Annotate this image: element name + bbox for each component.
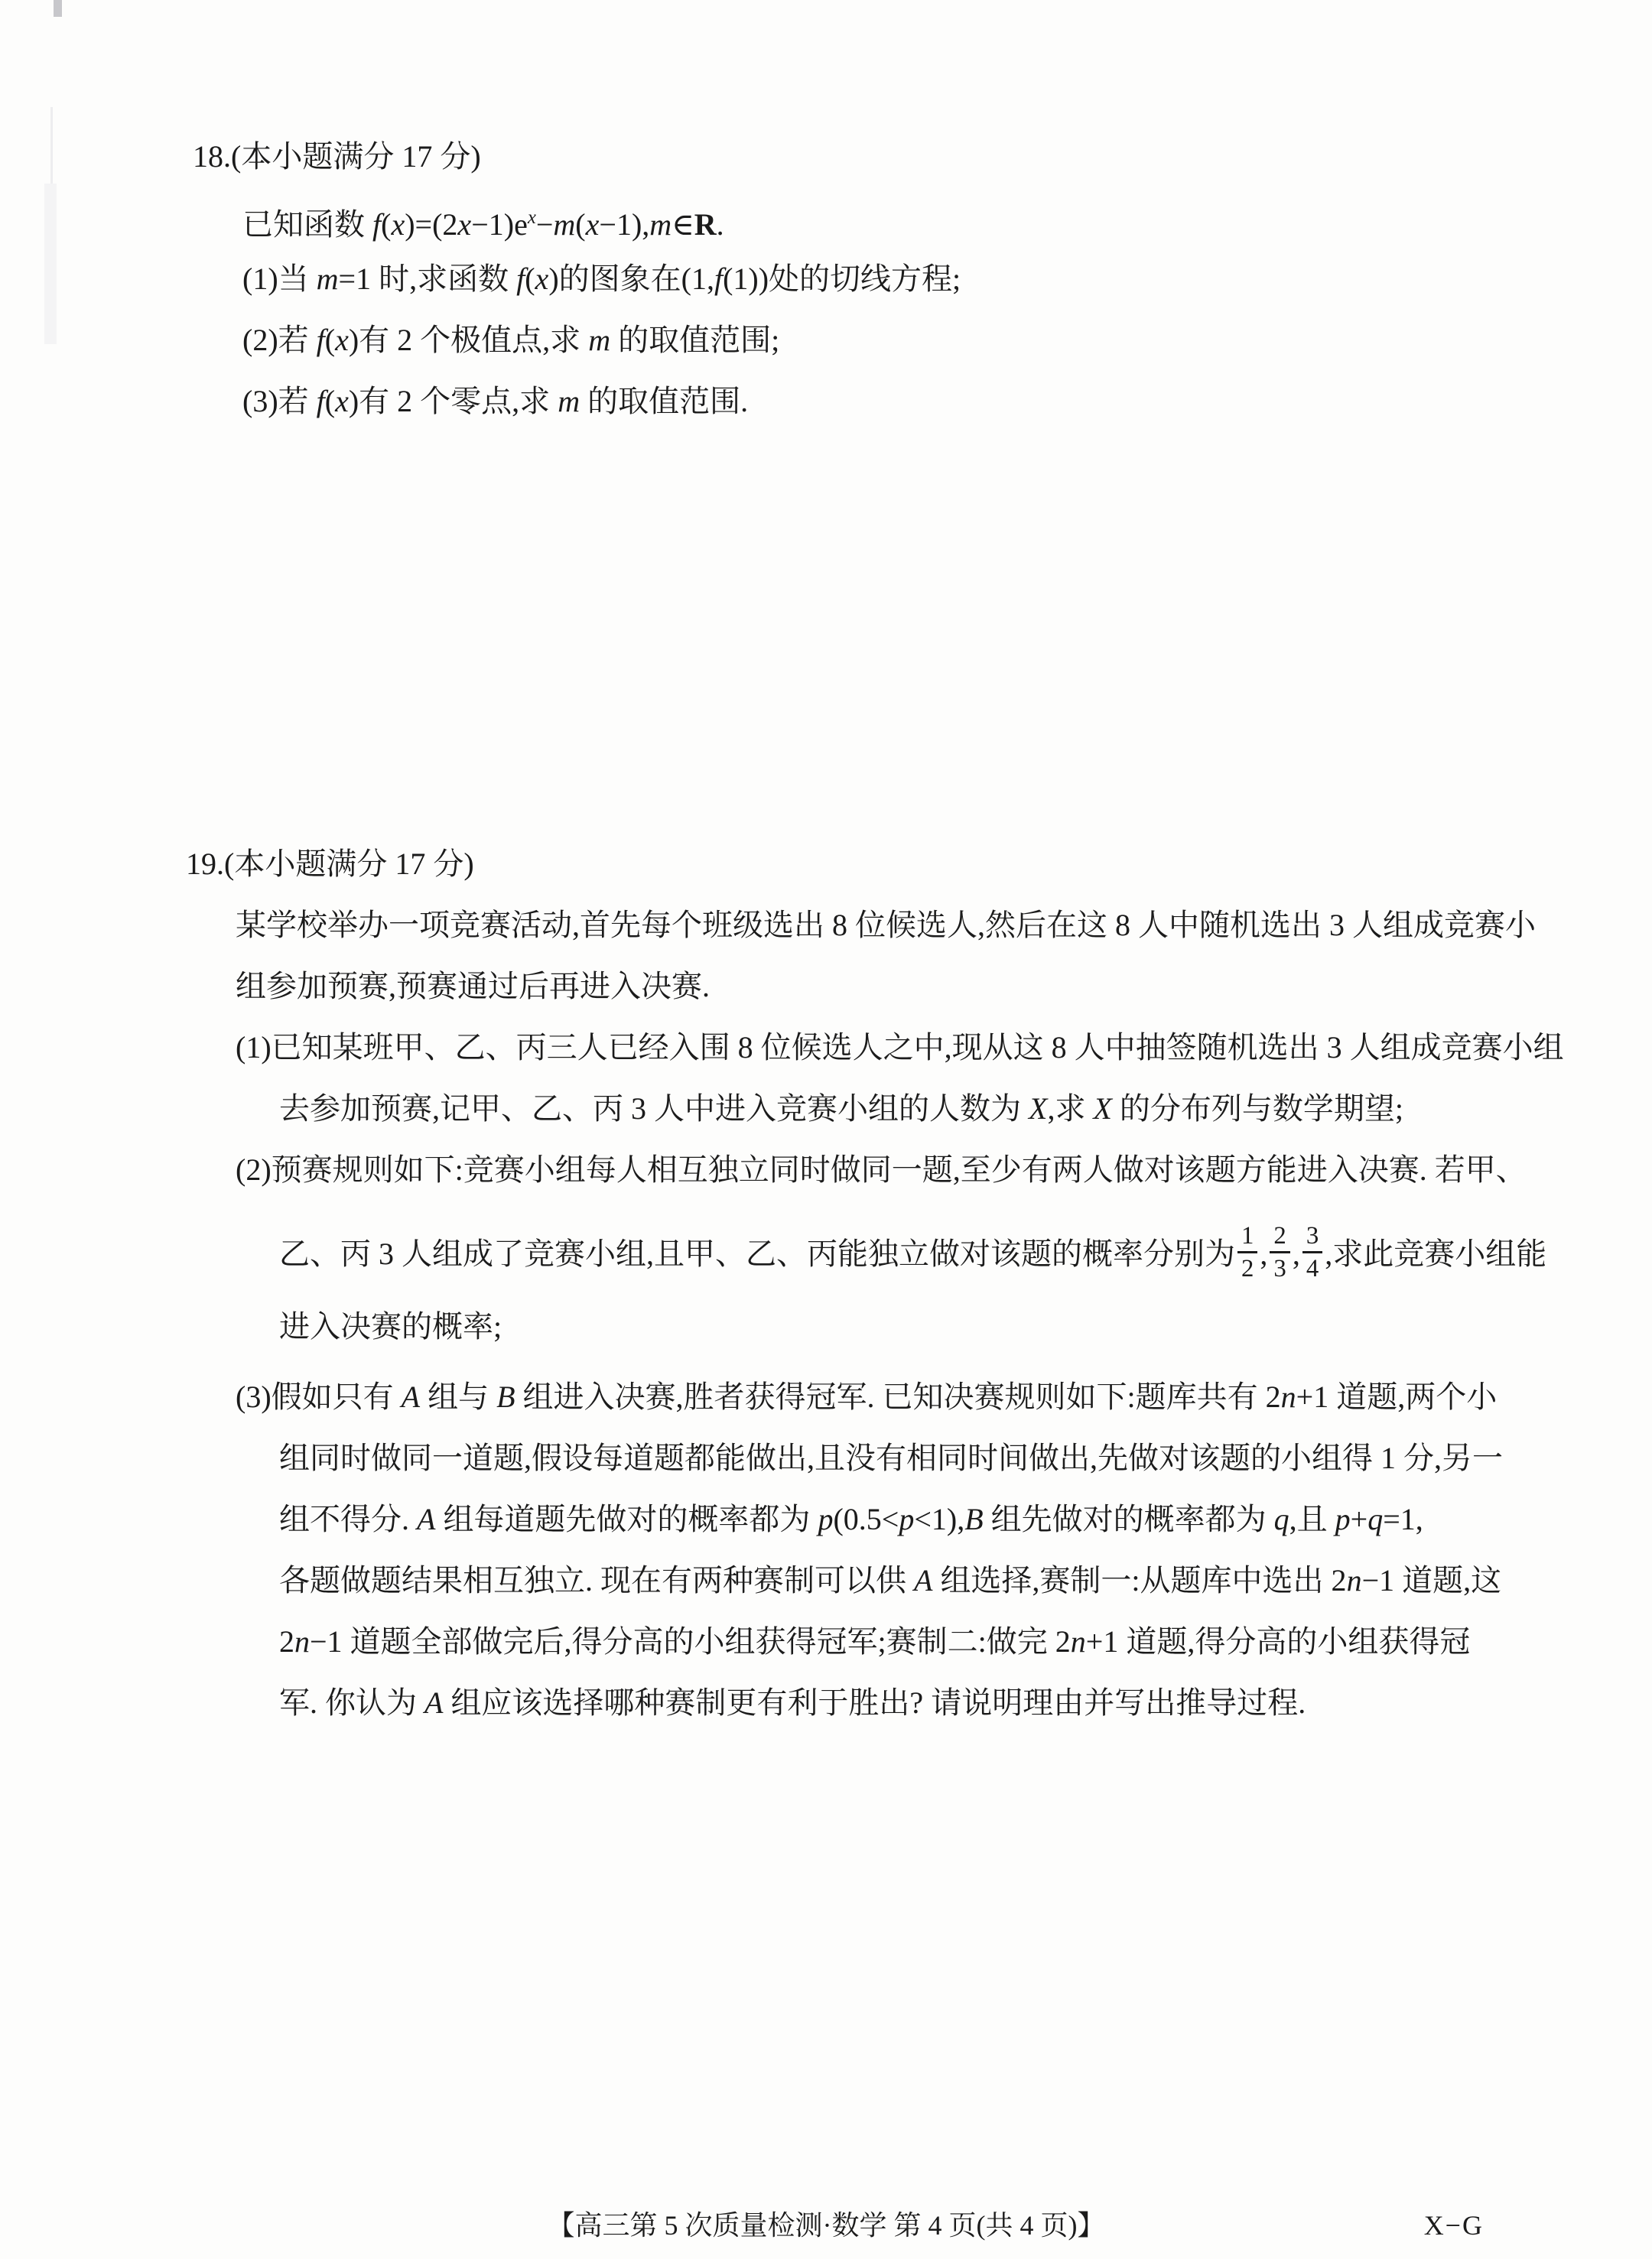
text-run: 组进入决赛,胜者获得冠军. 已知决赛规则如下:题库共有 2 (515, 1380, 1281, 1414)
text-run: X (1029, 1091, 1047, 1126)
text-run: x (528, 207, 536, 228)
text-run: ∈ (672, 207, 694, 242)
text-run: )有 2 个零点,求 (349, 384, 558, 418)
text-run: 组每道题先做对的概率都为 (435, 1502, 818, 1536)
text-run: ,求此竞赛小组能 (1325, 1237, 1546, 1271)
text-run: ( (381, 207, 391, 242)
question-line: (2)预赛规则如下:竞赛小组每人相互独立同时做同一题,至少有两人做对该题方能进入… (236, 1139, 1564, 1201)
question-line: 组不得分. A 组每道题先做对的概率都为 p(0.5<p<1),B 组先做对的概… (279, 1489, 1564, 1550)
text-run: A (402, 1380, 420, 1414)
text-run: 组同时做同一道题,假设每道题都能做出,且没有相同时间做出,先做对该题的小组得 1… (279, 1441, 1503, 1475)
text-run: <1), (914, 1502, 964, 1536)
text-run: 的分布列与数学期望; (1112, 1091, 1403, 1126)
footer-page-info: 【高三第 5 次质量检测·数学 第 4 页(共 4 页)】 (548, 2210, 1105, 2241)
question-line: 去参加预赛,记甲、乙、丙 3 人中进入竞赛小组的人数为 X,求 X 的分布列与数… (279, 1078, 1564, 1139)
text-run: 进入决赛的概率; (279, 1309, 502, 1344)
exam-page: 18.(本小题满分 17 分)已知函数 f(x)=(2x−1)ex−m(x−1)… (0, 0, 1652, 2259)
text-run: 2 (279, 1624, 294, 1659)
text-run: f (372, 207, 381, 242)
question-line: 组参加预赛,预赛通过后再进入决赛. (236, 956, 1564, 1017)
question-line: 19.(本小题满分 17 分) (186, 834, 1564, 895)
text-run: n (294, 1624, 310, 1659)
text-run: ( (525, 262, 535, 296)
text-run: x (335, 323, 349, 357)
text-run: 18.(本小题满分 17 分) (193, 139, 481, 174)
scan-artifact-top (54, 0, 62, 17)
text-run: x (335, 384, 349, 418)
question-line: 军. 你认为 A 组应该选择哪种赛制更有利于胜出? 请说明理由并写出推导过程. (279, 1672, 1564, 1734)
text-run: ,且 (1289, 1502, 1335, 1536)
text-run: =1 时,求函数 (339, 262, 517, 296)
text-run: 组先做对的概率都为 (984, 1502, 1274, 1536)
text-run: −1), (599, 207, 649, 242)
text-run: A (424, 1685, 443, 1720)
text-run: (0.5< (833, 1502, 899, 1536)
text-run: =1, (1383, 1502, 1423, 1536)
question-line: 组同时做同一道题,假设每道题都能做出,且没有相同时间做出,先做对该题的小组得 1… (279, 1428, 1564, 1489)
scan-artifact-smudge (44, 184, 57, 344)
text-run: 各题做题结果相互独立. 现在有两种赛制可以供 (279, 1563, 914, 1598)
text-run: ,求 (1047, 1091, 1093, 1126)
text-run: p (818, 1502, 833, 1536)
text-run: m (553, 207, 575, 242)
text-run: B (496, 1380, 515, 1414)
text-run: (2)若 (242, 323, 317, 357)
text-run: A (914, 1563, 932, 1598)
text-run: − (536, 207, 554, 242)
fraction: 23 (1270, 1223, 1289, 1282)
text-run: m (558, 384, 580, 418)
text-run: 已知函数 (242, 207, 372, 242)
text-run: 的取值范围; (610, 323, 779, 357)
text-run: ( (325, 384, 335, 418)
text-run: 19.(本小题满分 17 分) (186, 847, 474, 881)
question-18: 18.(本小题满分 17 分)已知函数 f(x)=(2x−1)ex−m(x−1)… (193, 126, 961, 432)
text-run: , (1260, 1237, 1267, 1271)
text-run: −1 道题,这 (1362, 1563, 1502, 1598)
text-run: , (1293, 1237, 1300, 1271)
text-run: x (586, 207, 600, 242)
question-line: 2n−1 道题全部做完后,得分高的小组获得冠军;赛制二:做完 2n+1 道题,得… (279, 1611, 1564, 1672)
text-run: R (694, 207, 717, 242)
text-run: x (391, 207, 405, 242)
text-run: A (417, 1502, 435, 1536)
text-run: )的图象在(1, (548, 262, 714, 296)
text-run: f (516, 262, 525, 296)
question-line: 某学校举办一项竞赛活动,首先每个班级选出 8 位候选人,然后在这 8 人中随机选… (236, 895, 1564, 956)
text-run: p (1335, 1502, 1351, 1536)
question-line: 进入决赛的概率; (279, 1296, 1564, 1357)
text-run: 组不得分. (279, 1502, 417, 1536)
text-run: B (964, 1502, 983, 1536)
text-run: +1 道题,两个小 (1296, 1380, 1498, 1414)
question-line: (1)已知某班甲、乙、丙三人已经入围 8 位候选人之中,现从这 8 人中抽签随机… (236, 1017, 1564, 1078)
question-line: 已知函数 f(x)=(2x−1)ex−m(x−1),m∈R. (242, 187, 961, 249)
scan-artifact-line (50, 107, 53, 344)
text-run: q (1367, 1502, 1383, 1536)
text-run: 去参加预赛,记甲、乙、丙 3 人中进入竞赛小组的人数为 (279, 1091, 1029, 1126)
text-run: n (1347, 1563, 1362, 1598)
text-run: +1 道题,得分高的小组获得冠 (1086, 1624, 1471, 1659)
text-run: (1)当 (242, 262, 317, 296)
text-run: (1)已知某班甲、乙、丙三人已经入围 8 位候选人之中,现从这 8 人中抽签随机… (236, 1030, 1564, 1064)
text-run: m (649, 207, 672, 242)
text-run: (1))处的切线方程; (723, 262, 961, 296)
text-run: f (714, 262, 723, 296)
text-run: n (1281, 1380, 1296, 1414)
text-run: + (1351, 1502, 1368, 1536)
question-line: 乙、丙 3 人组成了竞赛小组,且甲、乙、丙能独立做对该题的概率分别为12,23,… (279, 1224, 1564, 1285)
fraction: 12 (1237, 1223, 1257, 1282)
question-line: (3)假如只有 A 组与 B 组进入决赛,胜者获得冠军. 已知决赛规则如下:题库… (236, 1367, 1564, 1428)
question-line: 各题做题结果相互独立. 现在有两种赛制可以供 A 组选择,赛制一:从题库中选出 … (279, 1550, 1564, 1611)
text-run: 军. 你认为 (279, 1685, 424, 1720)
text-run: 的取值范围. (580, 384, 748, 418)
text-run: (3)若 (242, 384, 317, 418)
text-run: 组选择,赛制一:从题库中选出 2 (932, 1563, 1346, 1598)
footer-exam-code: X−G (1424, 2207, 1484, 2244)
text-run: f (317, 323, 325, 357)
text-run: m (588, 323, 610, 357)
text-run: )=(2 (405, 207, 457, 242)
text-run: n (1071, 1624, 1086, 1659)
question-line: (3)若 f(x)有 2 个零点,求 m 的取值范围. (242, 371, 961, 432)
question-line: (1)当 m=1 时,求函数 f(x)的图象在(1,f(1))处的切线方程; (242, 249, 961, 310)
text-run: 组与 (420, 1380, 496, 1414)
text-run: f (317, 384, 325, 418)
text-run: −1 道题全部做完后,得分高的小组获得冠军;赛制二:做完 2 (310, 1624, 1071, 1659)
text-run: 某学校举办一项竞赛活动,首先每个班级选出 8 位候选人,然后在这 8 人中随机选… (236, 908, 1536, 942)
text-run: ( (325, 323, 335, 357)
text-run: q (1274, 1502, 1289, 1536)
question-line: 18.(本小题满分 17 分) (193, 126, 961, 187)
text-run: 乙、丙 3 人组成了竞赛小组,且甲、乙、丙能独立做对该题的概率分别为 (279, 1237, 1235, 1271)
question-line: (2)若 f(x)有 2 个极值点,求 m 的取值范围; (242, 310, 961, 371)
text-run: 组应该选择哪种赛制更有利于胜出? 请说明理由并写出推导过程. (443, 1685, 1306, 1720)
text-run: (3)假如只有 (236, 1380, 402, 1414)
text-run: x (457, 207, 471, 242)
text-run: ( (575, 207, 585, 242)
fraction: 34 (1302, 1223, 1322, 1282)
text-run: m (317, 262, 339, 296)
text-run: X (1093, 1091, 1111, 1126)
text-run: . (717, 207, 724, 242)
text-run: p (899, 1502, 914, 1536)
question-19: 19.(本小题满分 17 分)某学校举办一项竞赛活动,首先每个班级选出 8 位候… (186, 834, 1564, 1734)
text-run: (2)预赛规则如下:竞赛小组每人相互独立同时做同一题,至少有两人做对该题方能进入… (236, 1152, 1527, 1187)
page-footer: 【高三第 5 次质量检测·数学 第 4 页(共 4 页)】 X−G (0, 2207, 1652, 2244)
text-run: )有 2 个极值点,求 (349, 323, 588, 357)
text-run: x (535, 262, 549, 296)
text-run: −1)e (471, 207, 528, 242)
text-run: 组参加预赛,预赛通过后再进入决赛. (236, 969, 710, 1003)
